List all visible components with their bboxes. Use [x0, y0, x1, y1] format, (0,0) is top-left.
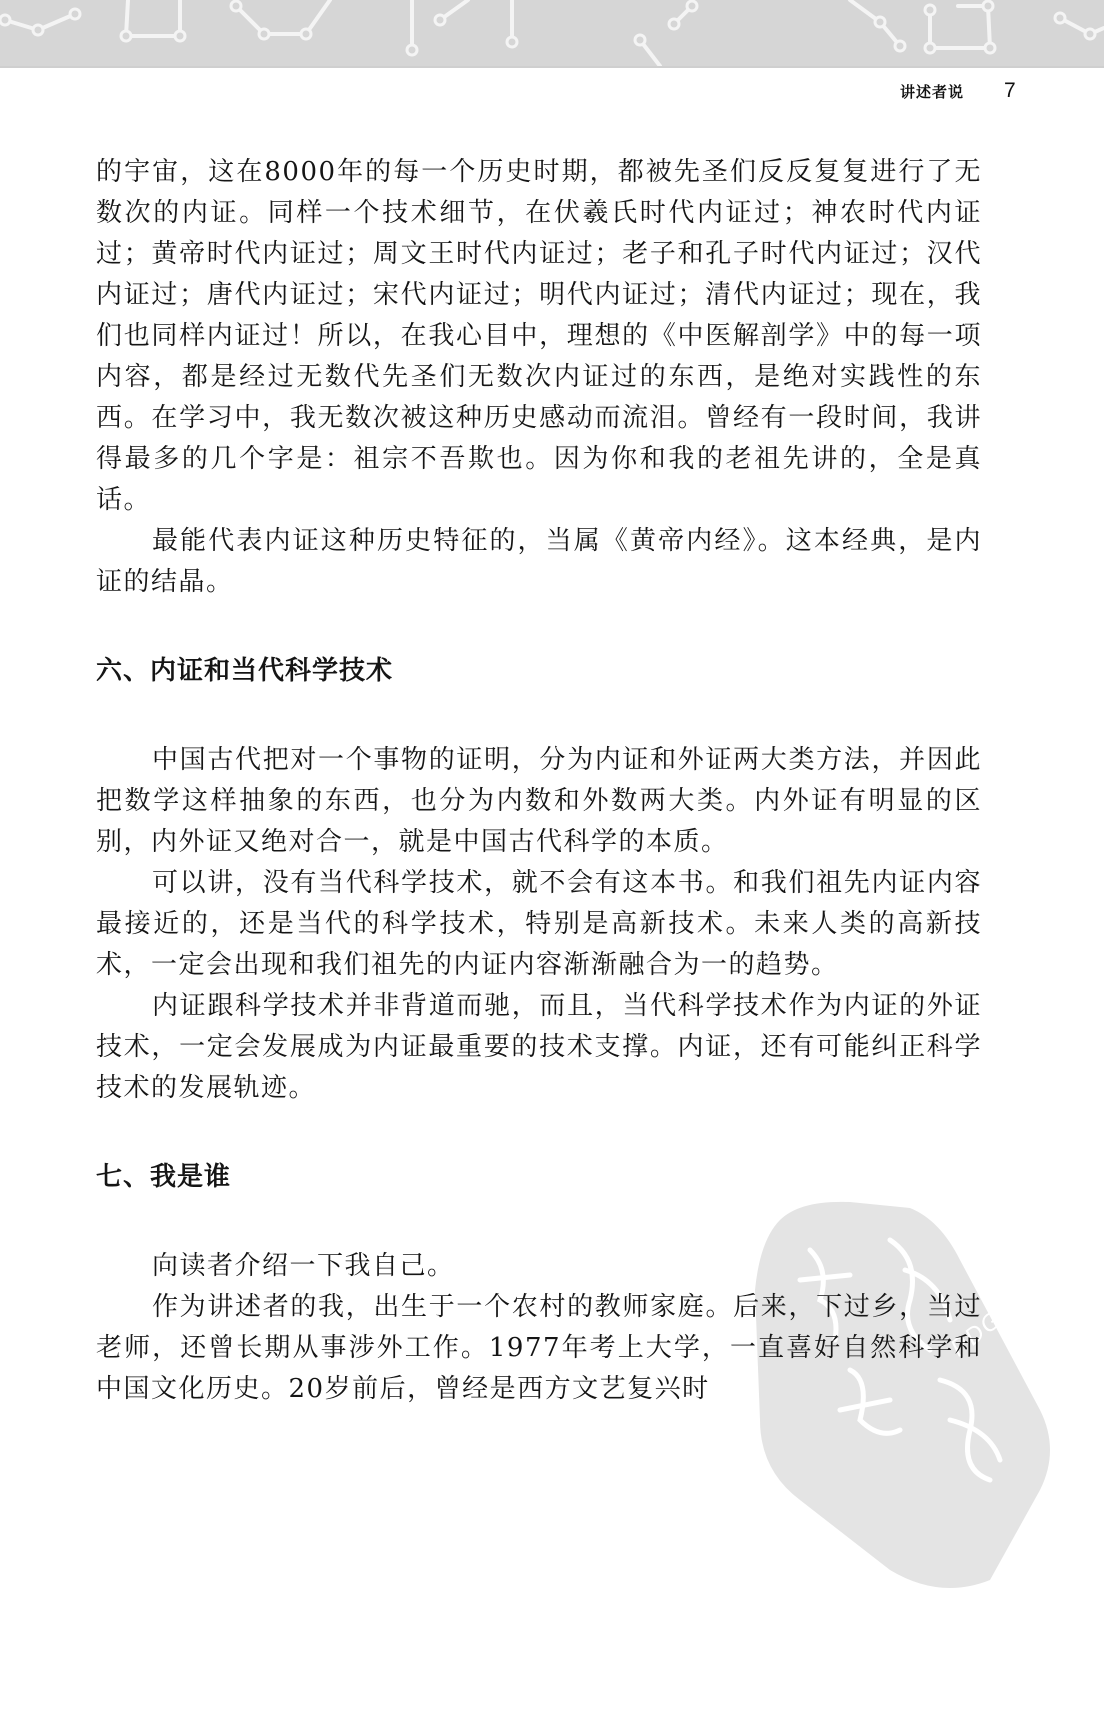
page-number: 7	[1004, 79, 1016, 103]
spacer	[96, 603, 982, 651]
body-paragraph: 最能代表内证这种历史特征的，当属《黄帝内经》。这本经典，是内证的结晶。	[96, 521, 982, 603]
body-paragraph: 内证跟科学技术并非背道而驰，而且，当代科学技术作为内证的外证技术，一定会发展成为…	[96, 986, 982, 1109]
spacer	[96, 692, 982, 740]
body-paragraph: 的宇宙，这在8000年的每一个历史时期，都被先圣们反反复复进行了无数次的内证。同…	[96, 152, 982, 521]
body-paragraph: 中国古代把对一个事物的证明，分为内证和外证两大类方法，并因此把数学这样抽象的东西…	[96, 740, 982, 863]
section-heading: 七、我是谁	[96, 1157, 982, 1198]
constellation-pattern-icon	[0, 0, 1104, 66]
running-header: 讲述者说 7	[900, 76, 1016, 106]
page-body: 的宇宙，这在8000年的每一个历史时期，都被先圣们反反复复进行了无数次的内证。同…	[96, 152, 982, 1410]
body-paragraph: 作为讲述者的我，出生于一个农村的教师家庭。后来，下过乡，当过老师，还曾长期从事涉…	[96, 1287, 982, 1410]
decorative-header-band	[0, 0, 1104, 68]
running-title: 讲述者说	[900, 81, 964, 102]
spacer	[96, 1198, 982, 1246]
body-paragraph: 向读者介绍一下我自己。	[96, 1246, 982, 1287]
spacer	[96, 1109, 982, 1157]
body-paragraph: 可以讲，没有当代科学技术，就不会有这本书。和我们祖先内证内容最接近的，还是当代的…	[96, 863, 982, 986]
section-heading: 六、内证和当代科学技术	[96, 651, 982, 692]
